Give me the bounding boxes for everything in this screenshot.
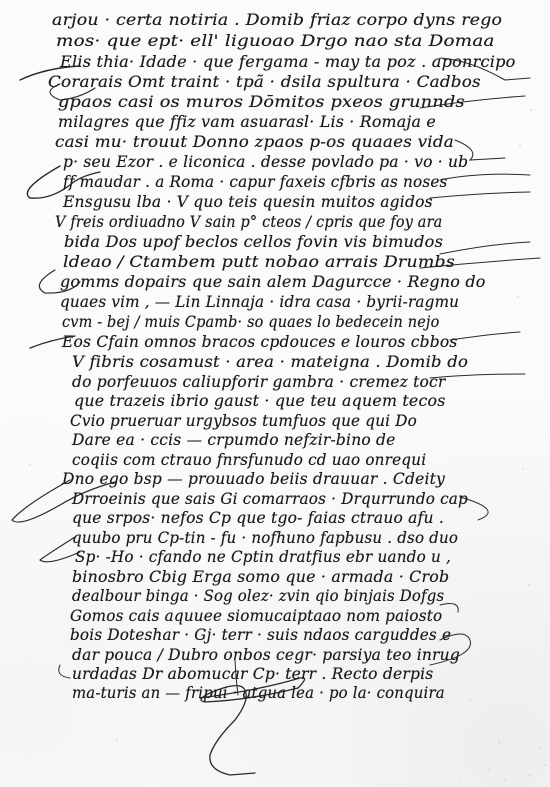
manuscript-line: mos· que ept· ell' liguoao Drgo nao sta …: [56, 32, 495, 50]
manuscript-line: ldeao / Ctambem putt nobao arrais Drumbs: [63, 253, 455, 271]
flourish-line-9-right: [440, 174, 530, 180]
manuscript-line: quaes vim , — Lin Linnaja · idra casa · …: [60, 293, 459, 311]
manuscript-line: Elis thia· Idade · que fergama - may ta …: [60, 53, 516, 71]
manuscript-line: casi mu· trouut Donno zpaos p-os quaaes …: [55, 133, 454, 151]
flourish-line-33-left: [59, 665, 70, 678]
manuscript-line: gpaos casi os muros Dōmitos pxeos grunnd…: [58, 93, 465, 111]
manuscript-line: que trazeis ibrio gaust · que teu aquem …: [74, 392, 446, 410]
manuscript-line: coqiis com ctrauo fnrsfunudo cd uao onre…: [72, 451, 426, 469]
flourish-line-17-right: [450, 332, 520, 340]
manuscript-line: Cvio prueruar urgybsos tumfuos que qui D…: [70, 412, 417, 430]
manuscript-line: Corarais Omt traint · tpã · dsila spultu…: [48, 73, 481, 91]
manuscript-line: binosbro Cbig Erga somo que · armada · C…: [72, 568, 449, 586]
manuscript-line: ff maudar . a Roma · capur faxeis cfbris…: [63, 173, 448, 191]
manuscript-line: que srpos· nefos Cp que tgo- faias ctrau…: [72, 509, 444, 527]
manuscript-line: ma-turis an — fripui · atgua lea · po la…: [72, 684, 445, 702]
manuscript-line: dar pouca / Dubro onbos cegr· parsiya te…: [72, 646, 460, 664]
manuscript-line: bida Dos upof beclos cellos fovin vis bi…: [64, 233, 443, 251]
manuscript-line: V fibris cosamust · area · mateigna . Do…: [72, 353, 468, 371]
manuscript-line: quubo pru Cp-tin - fu · nofhuno fapbusu …: [72, 529, 458, 547]
manuscript-line: Sp· -Ho · cfando ne Cptin dratfius ebr u…: [75, 548, 451, 566]
manuscript-line: do porfeuuos caliupforir gambra · cremez…: [72, 373, 446, 391]
manuscript-line: Dno ego bsp — prouuado beiis drauuar . C…: [62, 470, 445, 488]
manuscript-line: milagres que ffiz vam asuarasl· Lis · Ro…: [58, 113, 436, 131]
manuscript-line: arjou · certa notiria . Domib friaz corp…: [52, 11, 502, 29]
manuscript-line: cvm - bej / muis Cpamb· so quaes lo bede…: [62, 313, 439, 331]
manuscript-page: arjou · certa notiria . Domib friaz corp…: [0, 0, 550, 787]
flourish-line-10-right: [430, 192, 530, 198]
manuscript-line: bois Doteshar · Gj· terr · suis ndaos ca…: [70, 626, 451, 644]
manuscript-line: Gomos cais aquuee siomucaiptaao nom paio…: [70, 607, 442, 625]
manuscript-line: urdadas Dr abomucar Cp· terr . Recto der…: [72, 665, 433, 683]
manuscript-line: Ensgusu lba · V quo teis quesin muitos a…: [63, 193, 433, 211]
manuscript-line: V freis ordiuadno V sain p° cteos / cpri…: [55, 213, 442, 231]
manuscript-line: p· seu Ezor . e liconica . desse povlado…: [63, 153, 468, 171]
manuscript-line: gomms dopairs que sain alem Dagurcce · R…: [60, 273, 486, 291]
manuscript-line: Eos Cfain omnos bracos cpdouces e louros…: [62, 333, 458, 351]
manuscript-line: Dare ea · ccis — crpumdo nefzir-bino de: [72, 431, 396, 449]
manuscript-line: Drroeinis que sais Gi comarraos · Drqurr…: [72, 490, 468, 508]
manuscript-line: dealbour binga · Sog olez· zvin qio binj…: [72, 587, 444, 605]
